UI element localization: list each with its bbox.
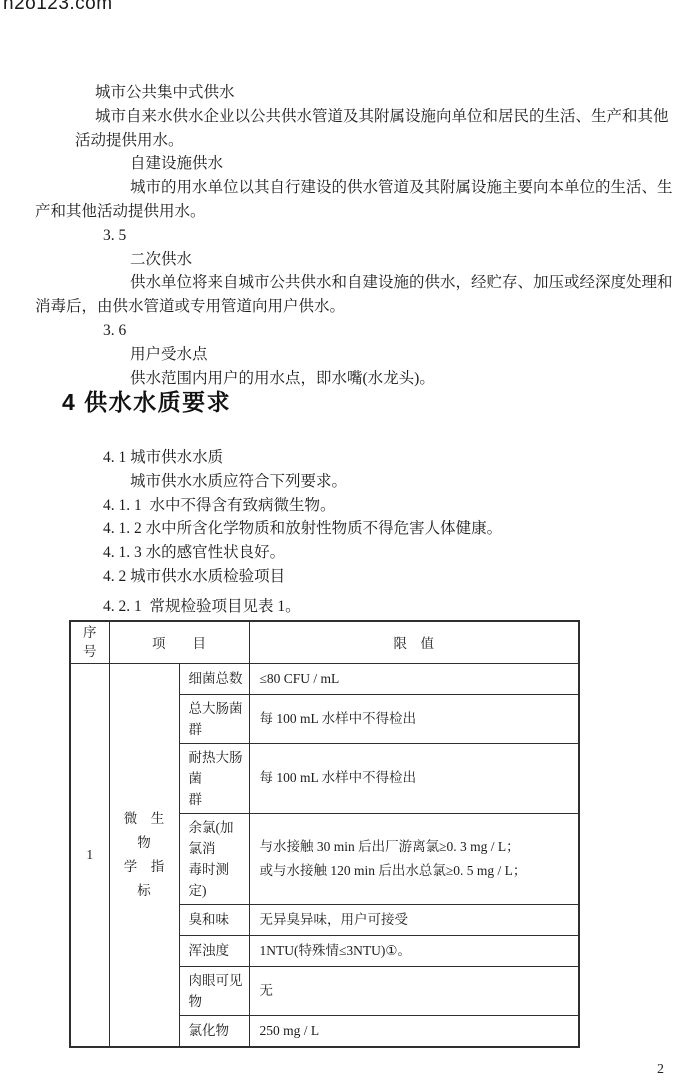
item-cell: 浑浊度 [179,935,249,966]
watermark-text: h2o123.com [3,0,113,15]
document-page: h2o123.com 城市公共集中式供水城市自来水供水企业以公共供水管道及其附属… [0,0,700,1087]
text-line: 4. 1 城市供水水质 [0,446,700,470]
category-cell: 微 生 物 学 指 标 [109,663,179,1047]
item-cell: 总大肠菌群 [179,694,249,743]
text-line: 4. 2 城市供水水质检验项目 [0,565,700,589]
limit-cell: 每 100 mL 水样中不得检出 [249,743,579,813]
table-caption-block: 4. 2. 1 常规检验项目见表 1。 [0,595,700,619]
item-cell: 臭和味 [179,904,249,935]
text-line: 用户受水点 [0,343,700,367]
page-number: 2 [657,1062,664,1078]
limit-cell: 每 100 mL 水样中不得检出 [249,694,579,743]
text-line: 供水单位将来自城市公共供水和自建设施的供水，经贮存、加压或经深度处理和 [0,271,700,295]
item-cell: 耐热大肠菌 群 [179,743,249,813]
text-line: 自建设施供水 [0,152,700,176]
table-caption-line: 4. 2. 1 常规检验项目见表 1。 [0,595,700,619]
header-cell-serial: 序 号 [70,621,109,663]
limit-cell: 1NTU(特殊情≤3NTU)①。 [249,935,579,966]
text-line: 城市公共集中式供水 [0,81,700,105]
header-cell-item: 项 目 [109,621,249,663]
section-heading: 4 供水水质要求 [62,384,231,417]
text-line: 产和其他活动提供用水。 [0,200,700,224]
text-line: 3. 5 [0,224,700,248]
limit-cell: 与水接触 30 min 后出厂游离氯≥0. 3 mg / L； 或与水接触 12… [249,813,579,904]
text-line: 城市供水水质应符合下列要求。 [0,470,700,494]
text-line: 城市的用水单位以其自行建设的供水管道及其附属设施主要向本单位的生活、生 [0,176,700,200]
limit-cell: 250 mg / L [249,1015,579,1047]
limit-cell: 无异臭异味，用户可接受 [249,904,579,935]
text-line: 城市自来水供水企业以公共供水管道及其附属设施向单位和居民的生活、生产和其他 [0,105,700,129]
body-text-block: 城市公共集中式供水城市自来水供水企业以公共供水管道及其附属设施向单位和居民的生活… [0,81,700,390]
text-line: 3. 6 [0,319,700,343]
item-cell: 细菌总数 [179,663,249,694]
text-line: 4. 1. 2 水中所含化学物质和放射性物质不得危害人体健康。 [0,517,700,541]
serial-number-cell: 1 [70,663,109,1047]
table-row: 1微 生 物 学 指 标细菌总数≤80 CFU / mL [70,663,579,694]
limit-cell: ≤80 CFU / mL [249,663,579,694]
text-line: 4. 1. 1 水中不得含有致病微生物。 [0,494,700,518]
water-quality-table: 序 号 项 目 限 值 1微 生 物 学 指 标细菌总数≤80 CFU / mL… [69,620,580,1048]
section-text-block: 4. 1 城市供水水质城市供水水质应符合下列要求。4. 1. 1 水中不得含有致… [0,446,700,589]
item-cell: 氯化物 [179,1015,249,1047]
table-header: 序 号 项 目 限 值 [70,621,579,663]
text-line: 活动提供用水。 [0,129,700,153]
text-line: 二次供水 [0,248,700,272]
item-cell: 肉眼可见物 [179,966,249,1015]
text-line: 4. 1. 3 水的感官性状良好。 [0,541,700,565]
text-line: 消毒后，由供水管道或专用管道向用户供水。 [0,295,700,319]
table-body: 1微 生 物 学 指 标细菌总数≤80 CFU / mL总大肠菌群每 100 m… [70,663,579,1047]
item-cell: 余氯(加氯消 毒时测定) [179,813,249,904]
header-cell-limit: 限 值 [249,621,579,663]
limit-cell: 无 [249,966,579,1015]
